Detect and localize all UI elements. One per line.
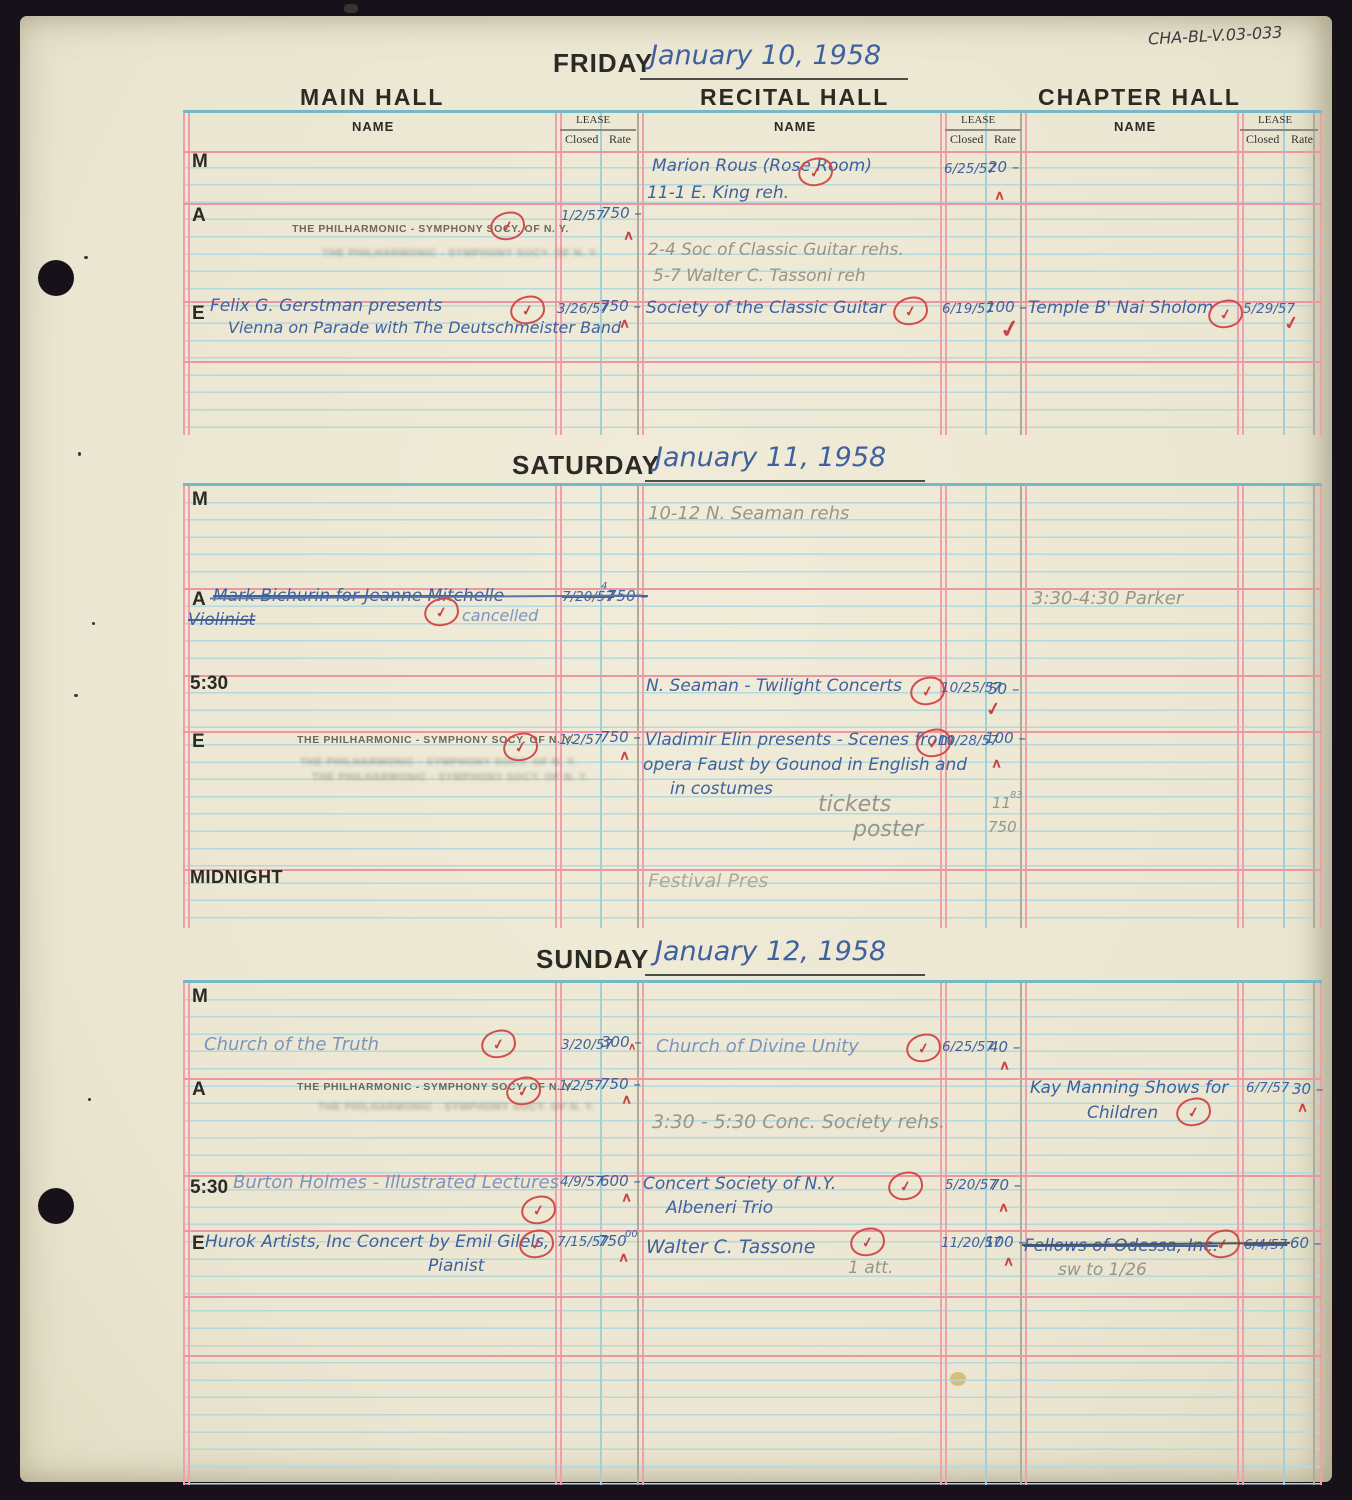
day-label-sunday: SUNDAY: [536, 946, 649, 972]
row-label-e: E: [192, 1234, 205, 1253]
lease-rate: 100 –: [986, 300, 1027, 316]
entry-name: Church of Divine Unity: [656, 1038, 859, 1057]
entry-name: Temple B' Nai Sholom: [1028, 300, 1213, 318]
entry-name: Vladimir Elin presents - Scenes from: [645, 732, 954, 750]
lease-rate: 60 –: [1290, 1236, 1321, 1252]
lease-closed-date: 6/4/57: [1244, 1238, 1287, 1252]
col-name-chapter: NAME: [1114, 120, 1156, 133]
ruled-lines: [183, 486, 1322, 928]
red-caret-mark: ∧: [1003, 1255, 1014, 1268]
entry-name: Children: [1087, 1105, 1158, 1123]
col-name-recital: NAME: [774, 120, 816, 133]
entry-pencil: 10-12 N. Seaman rehs: [648, 505, 849, 524]
entry-pencil: 3:30-4:30 Parker: [1032, 590, 1183, 609]
col-closed-main: Closed: [565, 133, 598, 145]
row-label-530: 5:30: [190, 1178, 228, 1197]
lease-closed-date: 6/7/57: [1246, 1081, 1289, 1095]
col-rate-chapter: Rate: [1291, 133, 1313, 145]
row-label-a: A: [192, 1080, 206, 1099]
lease-rate: 100 –: [985, 1235, 1026, 1251]
entry-pencil: poster: [853, 818, 923, 841]
lease-rate: 40 –: [989, 1040, 1020, 1056]
red-caret-mark: ∧: [618, 1251, 629, 1264]
date-underline: [645, 974, 925, 976]
ink-speck: [74, 694, 78, 697]
lease-rate: 30 –: [1292, 1082, 1323, 1098]
ink-speck: [84, 256, 88, 259]
hall-title-main: MAIN HALL: [300, 86, 444, 109]
red-check-mark: ✓: [985, 699, 1003, 719]
cancelled-note: cancelled: [462, 608, 538, 625]
lease-rate: 20 –: [988, 160, 1019, 176]
entry-name: in costumes: [670, 781, 773, 799]
entry-name: Pianist: [428, 1258, 484, 1276]
entry-pencil: 3:30 - 5:30 Conc. Society rehs.: [652, 1113, 945, 1133]
col-lease-main: LEASE: [576, 115, 610, 126]
entry-pencil: 5-7 Walter C. Tassoni reh: [653, 268, 866, 286]
philharmonic-stamp: THE PHILHARMONIC - SYMPHONY SOCY. OF N. …: [292, 224, 569, 235]
row-label-e: E: [192, 304, 205, 323]
lease-rate: 750 –: [600, 1077, 641, 1093]
col-lease-chapter: LEASE: [1258, 115, 1292, 126]
hall-title-chapter: CHAPTER HALL: [1038, 86, 1241, 109]
entry-name: Society of the Classic Guitar: [646, 300, 886, 318]
amount-note: 750: [988, 820, 1017, 836]
amount-note: 11: [992, 796, 1011, 812]
saturday-table: [183, 483, 1322, 928]
red-caret-mark: ∧: [619, 749, 630, 762]
date-friday: January 10, 1958: [650, 42, 881, 70]
lease-rate: 70 –: [990, 1178, 1021, 1194]
ink-speck: [344, 4, 358, 13]
lease-rate: 600 –: [600, 1174, 641, 1190]
lease-rate: 100 –: [985, 731, 1026, 747]
ledger-page: CHA-BL-V.03-033 FRIDAY January 10, 1958 …: [0, 0, 1352, 1500]
entry-name: opera Faust by Gounod in English and: [643, 757, 967, 775]
entry-name: Felix G. Gerstman presents: [210, 298, 442, 316]
philharmonic-stamp-ghost: THE PHILHARMONIC - SYMPHONY SOCY. OF N. …: [318, 1102, 595, 1113]
entry-name: 11-1 E. King reh.: [647, 185, 789, 203]
lease-rate: 750 –: [600, 730, 641, 746]
col-name-main: NAME: [352, 120, 394, 133]
lease-divider: [1240, 129, 1318, 131]
row-label-m: M: [192, 152, 208, 171]
date-sunday: January 12, 1958: [655, 938, 886, 966]
red-caret-mark: ∧: [621, 1093, 632, 1106]
col-closed-chapter: Closed: [1246, 133, 1279, 145]
philharmonic-stamp-ghost: THE PHILHARMONIC - SYMPHONY SOCY. OF N. …: [322, 248, 599, 259]
entry-name: N. Seaman - Twilight Concerts: [646, 678, 902, 696]
lease-closed-date: 6/25/57: [942, 1040, 994, 1054]
red-caret-mark: ∧: [998, 1201, 1009, 1214]
lease-divider: [560, 129, 636, 131]
red-caret-mark: ∧: [621, 1191, 632, 1204]
lease-rate-sup: 00: [625, 1230, 638, 1241]
entry-name: Church of the Truth: [204, 1036, 379, 1055]
entry-name: Burton Holmes - Illustrated Lectures: [233, 1174, 559, 1193]
ink-speck: [78, 452, 81, 456]
row-label-530: 5:30: [190, 674, 228, 693]
entry-pencil: 1 att.: [848, 1260, 893, 1278]
lease-rate: 750 –: [607, 589, 648, 605]
red-caret-mark: ∧: [619, 317, 630, 330]
lease-rate: 750 –: [600, 299, 641, 315]
date-underline: [640, 78, 908, 80]
row-label-midnight: MIDNIGHT: [190, 868, 283, 886]
punch-hole: [38, 1188, 74, 1224]
entry-name: Vienna on Parade with The Deutschmeister…: [228, 320, 621, 337]
entry-name: Walter C. Tassone: [646, 1238, 815, 1258]
philharmonic-stamp-ghost: THE PHILHARMONIC - SYMPHONY SOCY. OF N. …: [312, 772, 589, 783]
day-label-saturday: SATURDAY: [512, 452, 660, 478]
entry-name: Marion Rous (Rose Room): [652, 158, 872, 176]
entry-name: Hurok Artists, Inc Concert by Emil Gilel…: [205, 1234, 549, 1252]
col-rate-main: Rate: [609, 133, 631, 145]
entry-name-cancelled: Violinist: [188, 612, 255, 630]
row-label-e: E: [192, 732, 205, 751]
entry-pencil: 2-4 Soc of Classic Guitar rehs.: [648, 242, 904, 260]
entry-pencil: tickets: [818, 793, 891, 816]
red-caret-mark: ∧: [991, 757, 1002, 770]
red-check-mark: ✓: [1283, 313, 1301, 333]
lease-closed-date: 1/2/57: [561, 209, 604, 223]
entry-name: Albeneri Trio: [666, 1200, 773, 1218]
red-check-mark: ✓: [998, 316, 1022, 343]
entry-pencil: Festival Pres: [648, 872, 768, 892]
red-caret-mark: ∧: [628, 1043, 636, 1052]
amount-note-sup: 83: [1010, 791, 1023, 802]
red-caret-mark: ∧: [623, 229, 634, 242]
hall-title-recital: RECITAL HALL: [700, 86, 889, 109]
col-closed-recital: Closed: [950, 133, 983, 145]
lease-closed-date: 4/9/57: [560, 1175, 603, 1189]
day-label-friday: FRIDAY: [553, 50, 653, 76]
entry-name: Kay Manning Shows for: [1030, 1080, 1228, 1098]
row-label-a: A: [192, 590, 206, 609]
lease-rate: 750: [598, 1234, 627, 1250]
row-label-a: A: [192, 206, 206, 225]
row-label-m: M: [192, 987, 208, 1006]
date-saturday: January 11, 1958: [655, 444, 886, 472]
red-caret-mark: ∧: [994, 189, 1005, 202]
lease-closed-date: 1/2/57: [559, 1079, 602, 1093]
lease-divider: [945, 129, 1021, 131]
philharmonic-stamp-ghost: THE PHILHARMONIC - SYMPHONY SOCY. OF N. …: [300, 757, 577, 768]
entry-name: Concert Society of N.Y.: [643, 1176, 836, 1194]
lease-rate: 50 –: [988, 682, 1019, 698]
entry-pencil: sw to 1/26: [1058, 1262, 1147, 1280]
ink-speck: [92, 622, 95, 625]
red-caret-mark: ∧: [1297, 1101, 1308, 1114]
red-caret-mark: ∧: [999, 1059, 1010, 1072]
col-rate-recital: Rate: [994, 133, 1016, 145]
row-label-m: M: [192, 490, 208, 509]
entry-name-cancelled: Fellows of Odessa, Inc.: [1024, 1238, 1218, 1256]
lease-rate: 750 –: [601, 206, 642, 222]
punch-hole: [38, 260, 74, 296]
ink-speck: [88, 1098, 91, 1101]
date-underline: [645, 480, 925, 482]
lease-closed-date: 1/2/57: [559, 733, 602, 747]
col-lease-recital: LEASE: [961, 115, 995, 126]
